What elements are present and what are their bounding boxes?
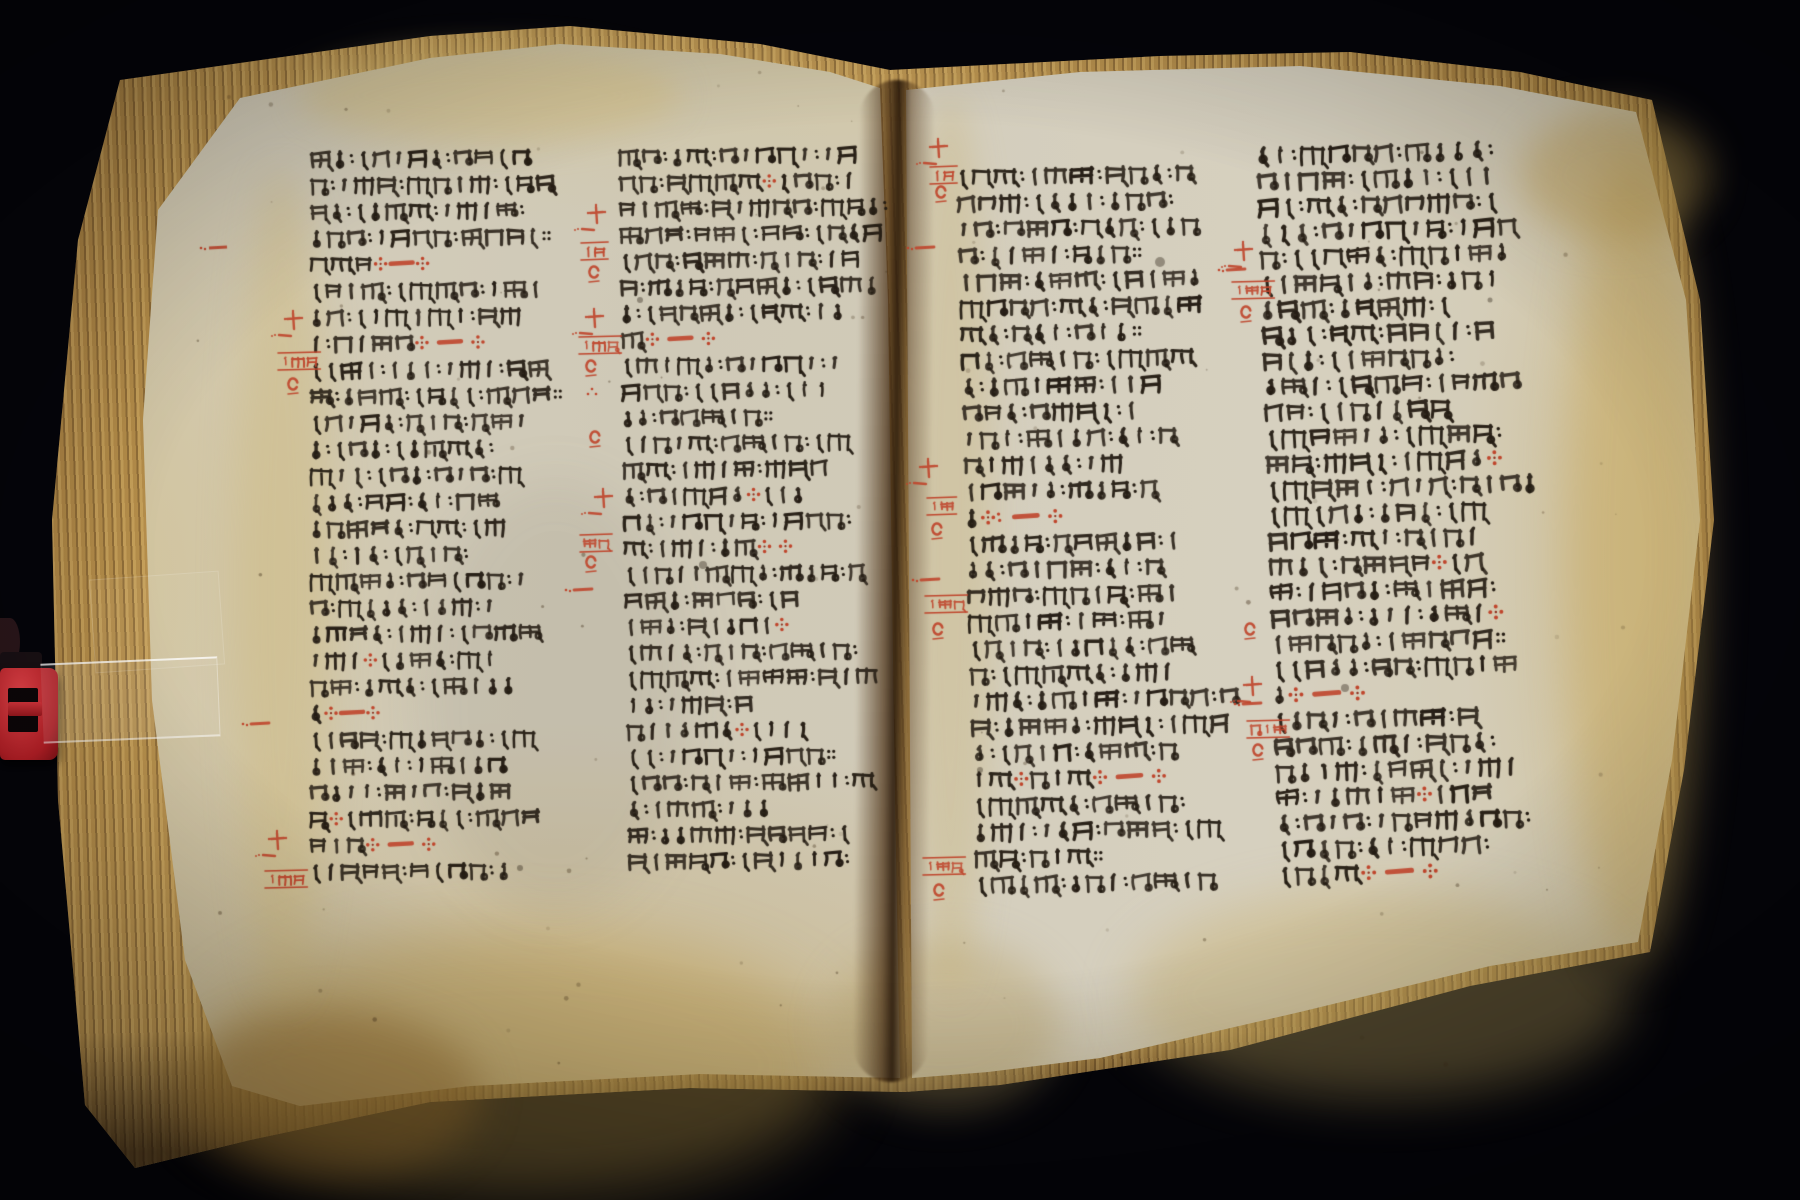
manuscript-photo: Photograph of an open parchment manuscri… <box>0 0 1800 1200</box>
acrylic-strip <box>40 656 220 743</box>
manuscript-text-canvas <box>0 0 1800 1200</box>
clip-bar <box>8 702 42 716</box>
